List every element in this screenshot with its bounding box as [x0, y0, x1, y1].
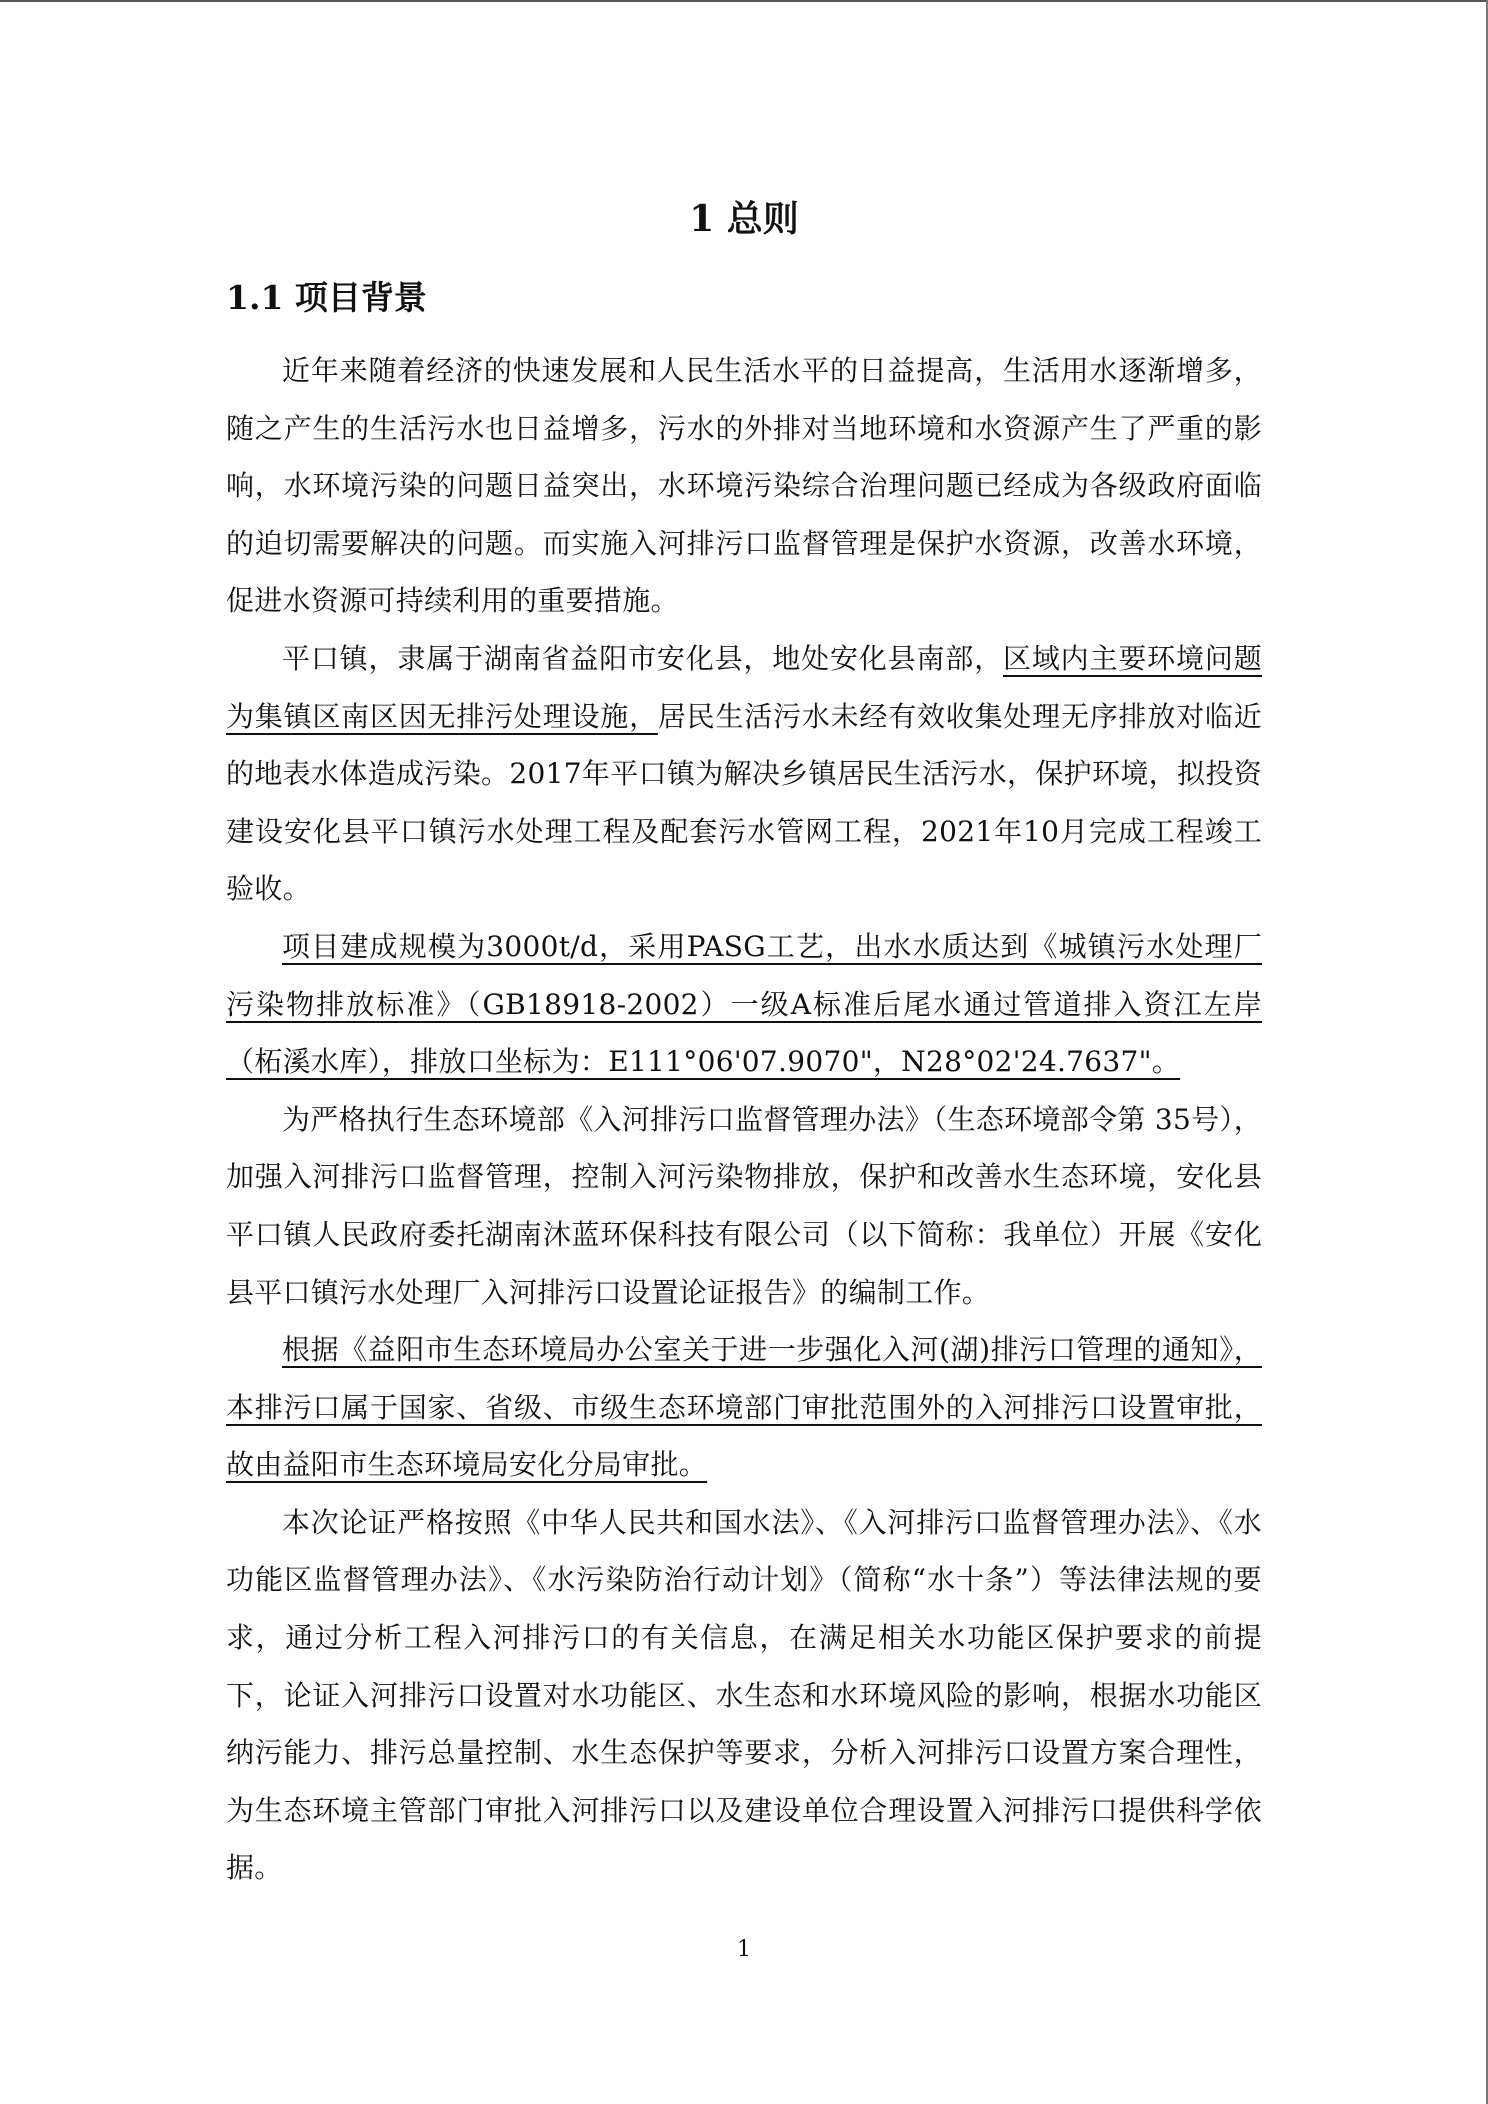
chapter-title: 1 总则 — [0, 193, 1488, 245]
paragraph-text: 为严格执行生态环境部《入河排污口监督管理办法》（生态环境部令第 35号），加强入… — [226, 1103, 1262, 1309]
paragraph-text: 平口镇，隶属于湖南省益阳市安化县，地处安化县南部， — [282, 642, 1003, 675]
body-text: 近年来随着经济的快速发展和人民生活水平的日益提高，生活用水逐渐增多，随之产生的生… — [226, 342, 1262, 1897]
underlined-text: 项目建成规模为3000t/d，采用PASG工艺，出水水质达到《城镇污水处理厂污染… — [226, 930, 1262, 1078]
paragraph-text: 近年来随着经济的快速发展和人民生活水平的日益提高，生活用水逐渐增多，随之产生的生… — [226, 354, 1262, 617]
paragraph-text: 本次论证严格按照《中华人民共和国水法》、《入河排污口监督管理办法》、《水功能区监… — [226, 1506, 1262, 1885]
section-title: 1.1 项目背景 — [226, 272, 427, 324]
paragraph-regulation: 为严格执行生态环境部《入河排污口监督管理办法》（生态环境部令第 35号），加强入… — [226, 1091, 1262, 1321]
page-number: 1 — [0, 1935, 1488, 1965]
paragraph-basis: 本次论证严格按照《中华人民共和国水法》、《入河排污口监督管理办法》、《水功能区监… — [226, 1494, 1262, 1897]
paragraph-background: 近年来随着经济的快速发展和人民生活水平的日益提高，生活用水逐渐增多，随之产生的生… — [226, 342, 1262, 630]
underlined-text: 根据《益阳市生态环境局办公室关于进一步强化入河(湖)排污口管理的通知》，本排污口… — [226, 1333, 1262, 1481]
paragraph-project-scale: 项目建成规模为3000t/d，采用PASG工艺，出水水质达到《城镇污水处理厂污染… — [226, 918, 1262, 1091]
paragraph-location: 平口镇，隶属于湖南省益阳市安化县，地处安化县南部，区域内主要环境问题为集镇区南区… — [226, 630, 1262, 918]
page-border-top — [0, 0, 1488, 2]
paragraph-approval: 根据《益阳市生态环境局办公室关于进一步强化入河(湖)排污口管理的通知》，本排污口… — [226, 1321, 1262, 1494]
